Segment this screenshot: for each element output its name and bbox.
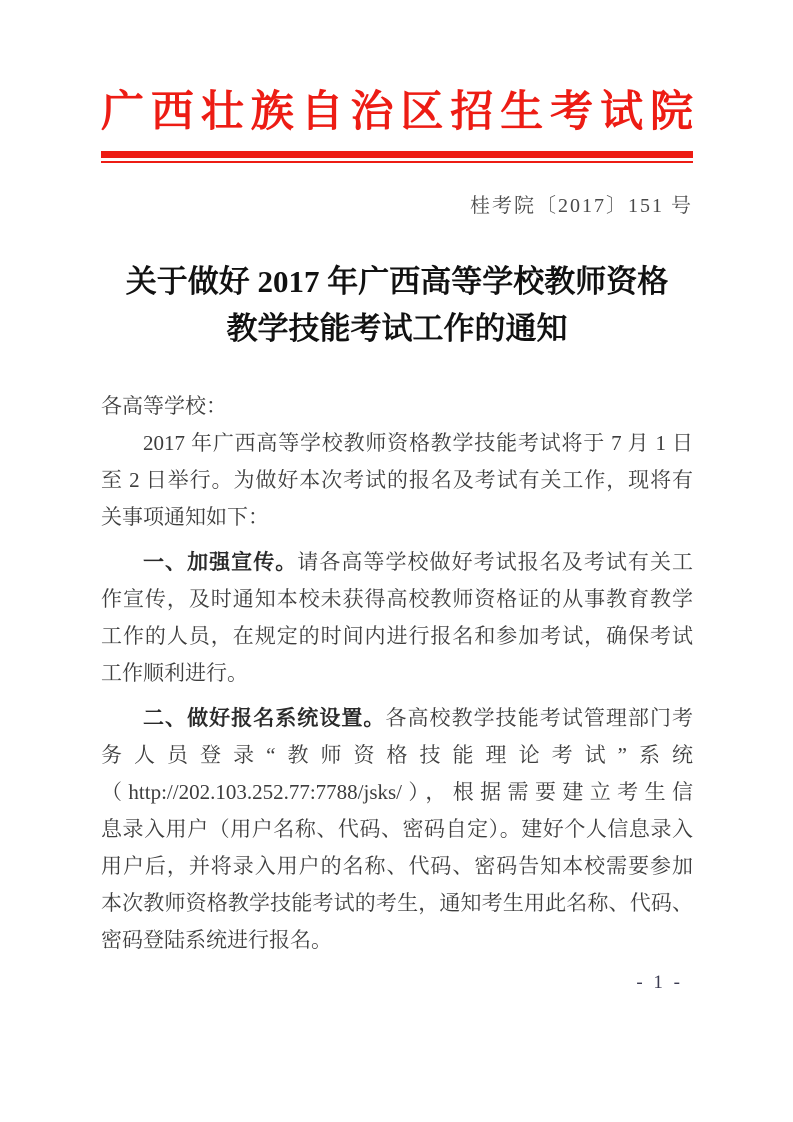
section2-line: 各高校教学技能考试管理部门考 bbox=[385, 706, 693, 730]
section1-line: 工作的人员，在规定的时间内进行报名和参加考试，确保考试 bbox=[101, 618, 693, 655]
letterhead-org-name: 广西壮族自治区招生考试院 bbox=[101, 86, 693, 140]
section1-first-line: 一、加强宣传。请各高等学校做好考试报名及考试有关工 bbox=[101, 544, 693, 581]
letterhead-red-rule bbox=[101, 151, 693, 163]
section2-paragraph: 二、做好报名系统设置。各高校教学技能考试管理部门考 务人员登录“教师资格技能理论… bbox=[101, 700, 693, 959]
document-page: 广西壮族自治区招生考试院 桂考院〔2017〕151 号 关于做好 2017 年广… bbox=[0, 0, 793, 1122]
section1-paragraph: 一、加强宣传。请各高等学校做好考试报名及考试有关工 作宣传，及时通知本校未获得高… bbox=[101, 544, 693, 692]
section2-line-url: （http://202.103.252.77:7788/jsks/），根据需要建… bbox=[101, 774, 693, 811]
section2-line: 密码登陆系统进行报名。 bbox=[101, 922, 693, 959]
document-number: 桂考院〔2017〕151 号 bbox=[101, 189, 693, 218]
salutation: 各高等学校： bbox=[101, 388, 693, 425]
section2-line: 息录入用户（用户名称、代码、密码自定）。建好个人信息录入 bbox=[101, 811, 693, 848]
section1-line: 作宣传，及时通知本校未获得高校教师资格证的从事教育教学 bbox=[101, 581, 693, 618]
intro-paragraph: 2017 年广西高等学校教师资格教学技能考试将于 7 月 1 日 至 2 日举行… bbox=[101, 425, 693, 536]
intro-line: 2017 年广西高等学校教师资格教学技能考试将于 7 月 1 日 bbox=[101, 425, 693, 462]
intro-line: 至 2 日举行。为做好本次考试的报名及考试有关工作，现将有 bbox=[101, 462, 693, 499]
section1-line: 请各高等学校做好考试报名及考试有关工 bbox=[297, 550, 693, 574]
section1-heading: 一、加强宣传。 bbox=[143, 551, 297, 574]
section2-line: 用户后，并将录入用户的名称、代码、密码告知本校需要参加 bbox=[101, 848, 693, 885]
salutation-paragraph: 各高等学校： bbox=[101, 388, 693, 425]
section2-heading: 二、做好报名系统设置。 bbox=[143, 707, 385, 730]
page-number: - 1 - bbox=[636, 972, 683, 994]
document-title: 关于做好 2017 年广西高等学校教师资格 教学技能考试工作的通知 bbox=[101, 258, 693, 352]
document-body: 各高等学校： 2017 年广西高等学校教师资格教学技能考试将于 7 月 1 日 … bbox=[101, 388, 693, 959]
section2-first-line: 二、做好报名系统设置。各高校教学技能考试管理部门考 bbox=[101, 700, 693, 737]
section1-line: 工作顺利进行。 bbox=[101, 655, 693, 692]
document-title-line1: 关于做好 2017 年广西高等学校教师资格 bbox=[101, 258, 693, 305]
intro-line: 关事项通知如下： bbox=[101, 499, 693, 536]
document-content: 广西壮族自治区招生考试院 桂考院〔2017〕151 号 关于做好 2017 年广… bbox=[101, 0, 693, 959]
document-title-line2: 教学技能考试工作的通知 bbox=[101, 305, 693, 352]
section2-line: 务人员登录“教师资格技能理论考试”系统 bbox=[101, 737, 693, 774]
section2-line: 本次教师资格教学技能考试的考生，通知考生用此名称、代码、 bbox=[101, 885, 693, 922]
